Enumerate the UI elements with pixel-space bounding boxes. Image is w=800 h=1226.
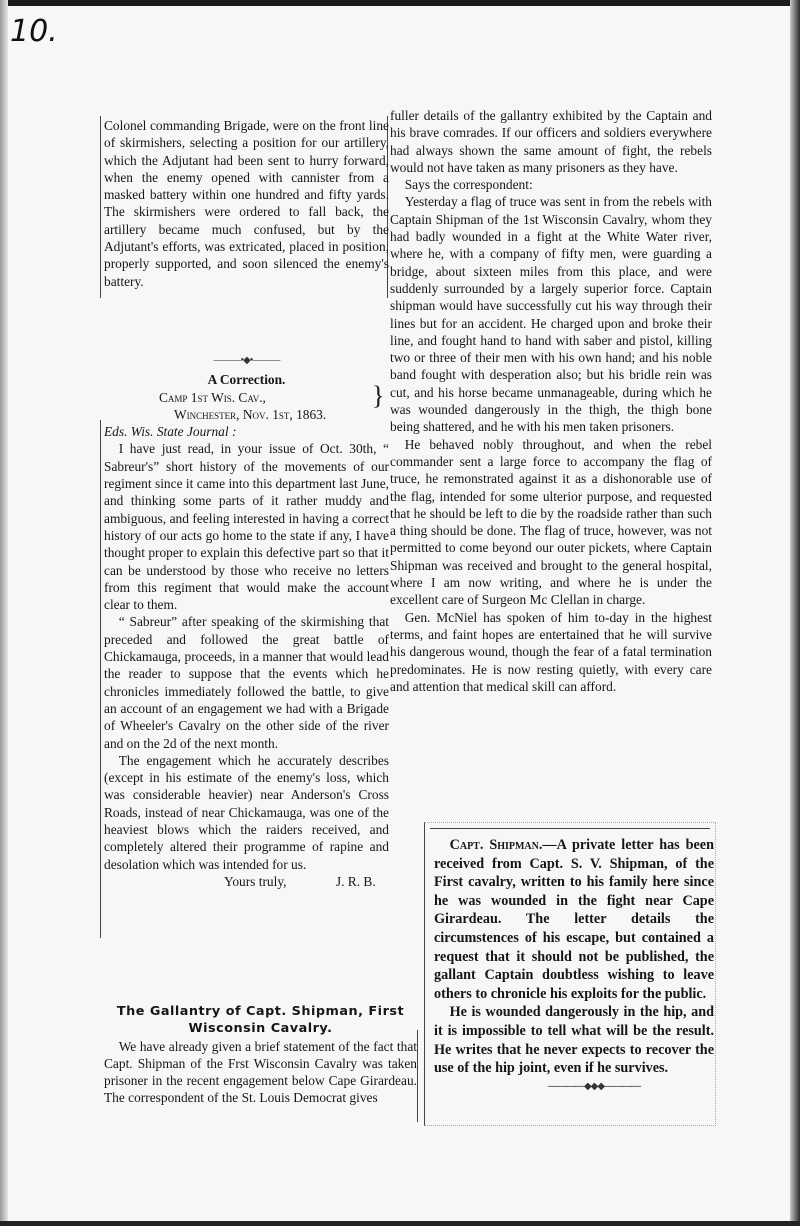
correction-paragraph-1: I have just read, in your issue of Oct. …	[104, 440, 389, 613]
clipping-top-rule	[430, 828, 710, 829]
dateline-brace: }	[372, 383, 384, 409]
right-paragraph-3: Gen. McNiel has spoken of him to-day in …	[390, 609, 712, 695]
signature: J. R. B.	[290, 874, 376, 889]
right-column: fuller details of the gallantry exhibite…	[390, 107, 712, 695]
right-paragraph-2: He behaved nobly throughout, and when th…	[390, 436, 712, 609]
clipping-lead: Capt. Shipman.	[450, 837, 543, 853]
dateline: Camp 1st Wis. Cav., Winchester, Nov. 1st…	[104, 389, 389, 424]
says-the-correspondent: Says the correspondent:	[390, 176, 712, 193]
clipping-paragraph-1: Capt. Shipman.—A private letter has been…	[434, 836, 714, 1003]
gallantry-paragraph-1: We have already given a brief statement …	[104, 1038, 417, 1107]
handwritten-page-number: 10.	[10, 14, 58, 49]
closing: Yours truly,	[224, 874, 287, 889]
section-ornament: ———•◆•———	[104, 352, 389, 369]
continuation-paragraph: Colonel commanding Brigade, were on the …	[104, 117, 389, 290]
salutation: Eds. Wis. State Journal :	[104, 423, 389, 440]
correction-paragraph-2: “ Sabreur” after speaking of the skirmis…	[104, 613, 389, 751]
column-divider-bottom	[417, 1030, 418, 1122]
left-column-rule-middle	[100, 420, 101, 938]
right-continuation: fuller details of the gallantry exhibite…	[390, 107, 712, 176]
gallantry-title: The Gallantry of Capt. Shipman, First Wi…	[104, 1003, 417, 1038]
left-column-continuation: Colonel commanding Brigade, were on the …	[104, 117, 389, 290]
page-bottom-edge	[0, 1221, 800, 1226]
page-left-edge	[0, 0, 8, 1226]
correction-article: ———•◆•——— A Correction. Camp 1st Wis. Ca…	[104, 352, 389, 890]
clipping-end-ornament: ————◆◆◆————	[434, 1078, 714, 1097]
clipping-paragraph-1-text: —A private letter has been received from…	[434, 837, 714, 1002]
right-paragraph-1: Yesterday a flag of truce was sent in fr…	[390, 193, 712, 435]
clipping-paragraph-2: He is wounded dangerously in the hip, an…	[434, 1003, 714, 1077]
dateline-place-date: Winchester, Nov. 1st, 1863.	[104, 406, 389, 423]
correction-title: A Correction.	[104, 371, 389, 388]
signature-line: Yours truly, J. R. B.	[104, 873, 389, 890]
left-column-rule-top	[100, 116, 101, 298]
clipping-text: Capt. Shipman.—A private letter has been…	[434, 836, 714, 1096]
correction-paragraph-3: The engagement which he accurately descr…	[104, 752, 389, 873]
page-top-edge	[0, 0, 800, 6]
dateline-camp: Camp 1st Wis. Cav.,	[104, 389, 389, 406]
page-right-edge	[790, 0, 800, 1226]
gallantry-article: The Gallantry of Capt. Shipman, First Wi…	[104, 1003, 417, 1107]
